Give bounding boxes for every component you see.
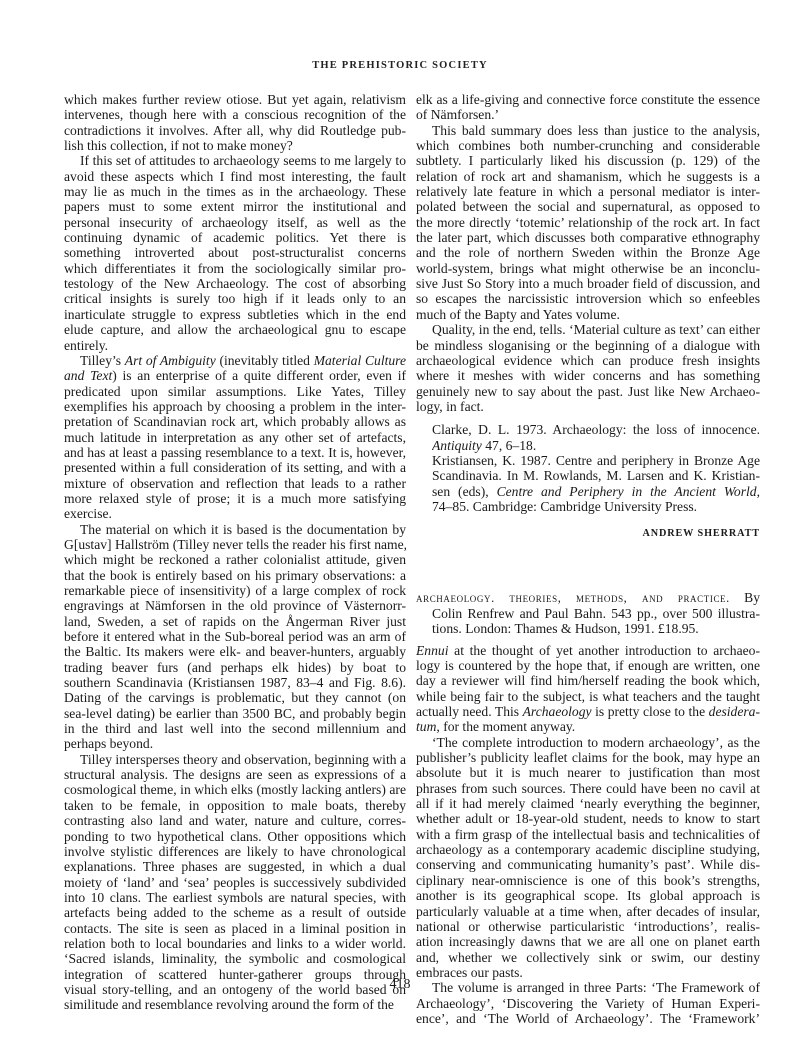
italic-title: Art of Ambiguity <box>125 353 216 368</box>
body-line: the later part, which discusses both com… <box>416 230 760 245</box>
body-line: artefacts being added to the scheme as a… <box>64 905 406 920</box>
body-line: in the third and last well into the seco… <box>64 721 406 736</box>
reference-line: Clarke, D. L. 1973. Archaeology: the los… <box>432 422 760 437</box>
body-line: relatively late feature in which a perso… <box>416 184 760 199</box>
body-line: This bald summary does less than justice… <box>416 123 760 138</box>
body-line: of Nämforsen.’ <box>416 107 760 122</box>
body-line: similitude and resemblance revolving aro… <box>64 997 406 1012</box>
review-line: publisher’s publicity leaflet claims for… <box>416 750 760 765</box>
body-line: exemplifies his approach by choosing a p… <box>64 399 406 414</box>
body-line: avoid these aspects which I find most in… <box>64 169 406 184</box>
body-line: polated between the social and supernatu… <box>416 199 760 214</box>
body-line: cosmological theme, in which elks (mostl… <box>64 782 406 797</box>
body-line: The material on which it is based is the… <box>64 522 406 537</box>
left-column: which makes further review otiose. But y… <box>64 92 406 1013</box>
body-line: predicated upon similar assumptions. Lik… <box>64 384 406 399</box>
body-line: personal insecurity of archaeology itsel… <box>64 215 406 230</box>
italic-title: desidera- <box>709 704 760 719</box>
reference-entry: Kristiansen, K. 1987. Centre and periphe… <box>432 453 760 514</box>
body-line: logy, in fact. <box>416 399 760 414</box>
body-line: elude capture, and allow the archaeologi… <box>64 322 406 337</box>
review-heading-line-1: archaeology. theories, methods, and prac… <box>416 590 760 606</box>
body-line: engravings at Nämforsen in the old provi… <box>64 598 406 613</box>
reference-line: Kristiansen, K. 1987. Centre and periphe… <box>432 453 760 468</box>
review-line: archaeology as a contemporary academic d… <box>416 842 760 857</box>
body-line: which makes further review otiose. But y… <box>64 92 406 107</box>
body-line: something introverted about post-structu… <box>64 245 406 260</box>
reference-entry: Clarke, D. L. 1973. Archaeology: the los… <box>432 422 760 453</box>
body-line: more relaxed style of prose; it is a muc… <box>64 491 406 506</box>
body-line: much of the Bapty and Yates volume. <box>416 307 760 322</box>
new-review-body: Ennui at the thought of yet another intr… <box>416 643 760 1027</box>
body-line: papers must to some extent mirror the in… <box>64 199 406 214</box>
body-line: remarkable piece of insensitivity) of a … <box>64 583 406 598</box>
review-line: another is its geographical scope. Its g… <box>416 888 760 903</box>
body-line: the Baltic. Its makers were elk- and bea… <box>64 644 406 659</box>
body-line: testology of the New Archaeology. The co… <box>64 276 406 291</box>
review-line: national or otherwise particularistic ‘i… <box>416 919 760 934</box>
body-line: elk as a life-giving and connective forc… <box>416 92 760 107</box>
italic-title: Antiquity <box>432 438 482 453</box>
page-number: 418 <box>0 977 800 993</box>
body-line: explanations. Three phases are suggested… <box>64 859 406 874</box>
review-line: actually need. This Archaeology is prett… <box>416 704 760 719</box>
body-line: contrasting also land and water, nature … <box>64 813 406 828</box>
reference-line: Antiquity 47, 6–18. <box>432 438 760 453</box>
body-line: southern Scandinavia (Kristiansen 1987, … <box>64 675 406 690</box>
body-line: which combines both number-crunching and… <box>416 138 760 153</box>
italic-title: and Text <box>64 368 112 383</box>
review-line: conserving and communicating humanity’s … <box>416 857 760 872</box>
body-line: exercise. <box>64 506 406 521</box>
body-line: before it entered what in the Sub-boreal… <box>64 629 406 644</box>
italic-title: Centre and Periphery in the Ancient Worl… <box>497 484 757 499</box>
italic-title: tum <box>416 719 436 734</box>
body-line: Quality, in the end, tells. ‘Material cu… <box>416 322 760 337</box>
review-line: ence’, and ‘The World of Archaeology’. T… <box>416 1011 760 1026</box>
body-line: relation both to local boundaries and li… <box>64 936 406 951</box>
body-line: archaeological evidence which can produc… <box>416 353 760 368</box>
body-line: be mindless sloganising or the beginning… <box>416 338 760 353</box>
review-line: with a firm grasp of the intellectual ba… <box>416 827 760 842</box>
body-line: which differentiates it from the sociolo… <box>64 261 406 276</box>
body-line: pretation of Scandinavian rock art, whic… <box>64 414 406 429</box>
body-line: ‘Sacred islands, liminality, the symboli… <box>64 951 406 966</box>
review-line: while being fair to the subject, is what… <box>416 689 760 704</box>
review-line: all if it had merely claimed ‘nearly eve… <box>416 796 760 811</box>
body-line: may lie as much in the times as in the a… <box>64 184 406 199</box>
right-column: elk as a life-giving and connective forc… <box>416 92 760 1026</box>
body-line: Tilley’s Art of Ambiguity (inevitably ti… <box>64 353 406 368</box>
body-line: perhaps beyond. <box>64 736 406 751</box>
body-line: moiety of ‘land’ and ‘sea’ peoples is su… <box>64 875 406 890</box>
reference-line: 74–85. Cambridge: Cambridge University P… <box>432 499 760 514</box>
review-line: day a reviewer will find him/herself rea… <box>416 673 760 688</box>
review-line: tum, for the moment anyway. <box>416 719 760 734</box>
review-line: Archaeology’, ‘Discovering the Variety o… <box>416 996 760 1011</box>
running-header: THE PREHISTORIC SOCIETY <box>0 60 800 71</box>
review-heading-line-3: tions. London: Thames & Hudson, 1991. £1… <box>416 621 760 636</box>
body-line: taken to be female, in opposition to mal… <box>64 798 406 813</box>
review-line: particularly valuable at a time when, af… <box>416 904 760 919</box>
body-line: If this set of attitudes to archaeology … <box>64 153 406 168</box>
review-line: absolute but it is much nearer to justif… <box>416 765 760 780</box>
body-line: much latitude in interpretation as any o… <box>64 430 406 445</box>
review-line: Ennui at the thought of yet another intr… <box>416 643 760 658</box>
body-line: world-system, brings what might otherwis… <box>416 261 760 276</box>
italic-title: Ennui <box>416 643 448 658</box>
body-line: and has at least a passing resemblance t… <box>64 445 406 460</box>
review-heading-by: By <box>730 590 760 605</box>
review-continuation-body: elk as a life-giving and connective forc… <box>416 92 760 414</box>
body-line: which might be reckoned a rather colonia… <box>64 552 406 567</box>
body-line: contradictions it involves. After all, w… <box>64 123 406 138</box>
body-line: Dating of the carvings is problematic, b… <box>64 690 406 705</box>
review-line: ation increasingly dawns that we are all… <box>416 934 760 949</box>
reference-line: sen (eds), Centre and Periphery in the A… <box>432 484 760 499</box>
body-line: lish this collection, if not to make mon… <box>64 138 406 153</box>
body-line: contacts. The site is seen as placed in … <box>64 921 406 936</box>
references-list: Clarke, D. L. 1973. Archaeology: the los… <box>416 422 760 514</box>
body-line: Tilley intersperses theory and observati… <box>64 752 406 767</box>
italic-title: Archaeology <box>523 704 592 719</box>
review-heading: archaeology. theories, methods, and prac… <box>416 590 760 637</box>
body-line: continuing dynamic of academic politics.… <box>64 230 406 245</box>
body-line: critical insights is surely too high if … <box>64 291 406 306</box>
body-line: trading beaver furs (and perhaps elk hid… <box>64 660 406 675</box>
reviewer-signature: ANDREW SHERRATT <box>416 526 760 541</box>
body-line: presented within a full consideration of… <box>64 460 406 475</box>
body-line: subtlety. I particularly liked his discu… <box>416 153 760 168</box>
review-line: logy is countered by the hope that, if e… <box>416 658 760 673</box>
body-line: that the book is entirely based on his p… <box>64 568 406 583</box>
body-line: into 10 clans. The earliest symbols are … <box>64 890 406 905</box>
body-line: and Text) is an enterprise of a quite di… <box>64 368 406 383</box>
review-line: phrases from such sources. There could h… <box>416 781 760 796</box>
body-line: land, Sweden, a set of rapids on the Ång… <box>64 614 406 629</box>
body-line: the more directly ‘totemic’ relationship… <box>416 215 760 230</box>
body-line: and the role of northern Sweden within t… <box>416 245 760 260</box>
body-line: sea-level dating) be earlier than 3500 B… <box>64 706 406 721</box>
body-line: ponding to two hypothetical clans. Other… <box>64 829 406 844</box>
body-line: G[ustav] Hallström (Tilley never tells t… <box>64 537 406 552</box>
review-line: ‘The complete introduction to modern arc… <box>416 735 760 750</box>
body-line: relation of rock art and shamanism, whic… <box>416 169 760 184</box>
body-line: involve stylistic differences are likely… <box>64 844 406 859</box>
body-line: entirely. <box>64 338 406 353</box>
body-line: intervenes, though here with a conscious… <box>64 107 406 122</box>
book-title: archaeology. theories, methods, and prac… <box>416 591 730 605</box>
reference-line: Scandinavia. In M. Rowlands, M. Larsen a… <box>432 468 760 483</box>
body-line: where it meshes with wider concerns and … <box>416 368 760 383</box>
review-line: ciplinary near-omniscience is one of thi… <box>416 873 760 888</box>
body-line: mixture of observation and reflection th… <box>64 476 406 491</box>
review-line: and, whether we collectively sink or swi… <box>416 950 760 965</box>
body-line: so escapes the narcissistic introversion… <box>416 291 760 306</box>
review-line: whether adult or 18-year-old student, ne… <box>416 811 760 826</box>
body-line: sive Just So Story into a much broader f… <box>416 276 760 291</box>
body-line: genuinely new to say about the past. Jus… <box>416 384 760 399</box>
body-line: inarticulate struggle to express subtlet… <box>64 307 406 322</box>
review-heading-line-2: Colin Renfrew and Paul Bahn. 543 pp., ov… <box>416 606 760 621</box>
italic-title: Material Culture <box>314 353 406 368</box>
body-line: structural analysis. The designs are see… <box>64 767 406 782</box>
